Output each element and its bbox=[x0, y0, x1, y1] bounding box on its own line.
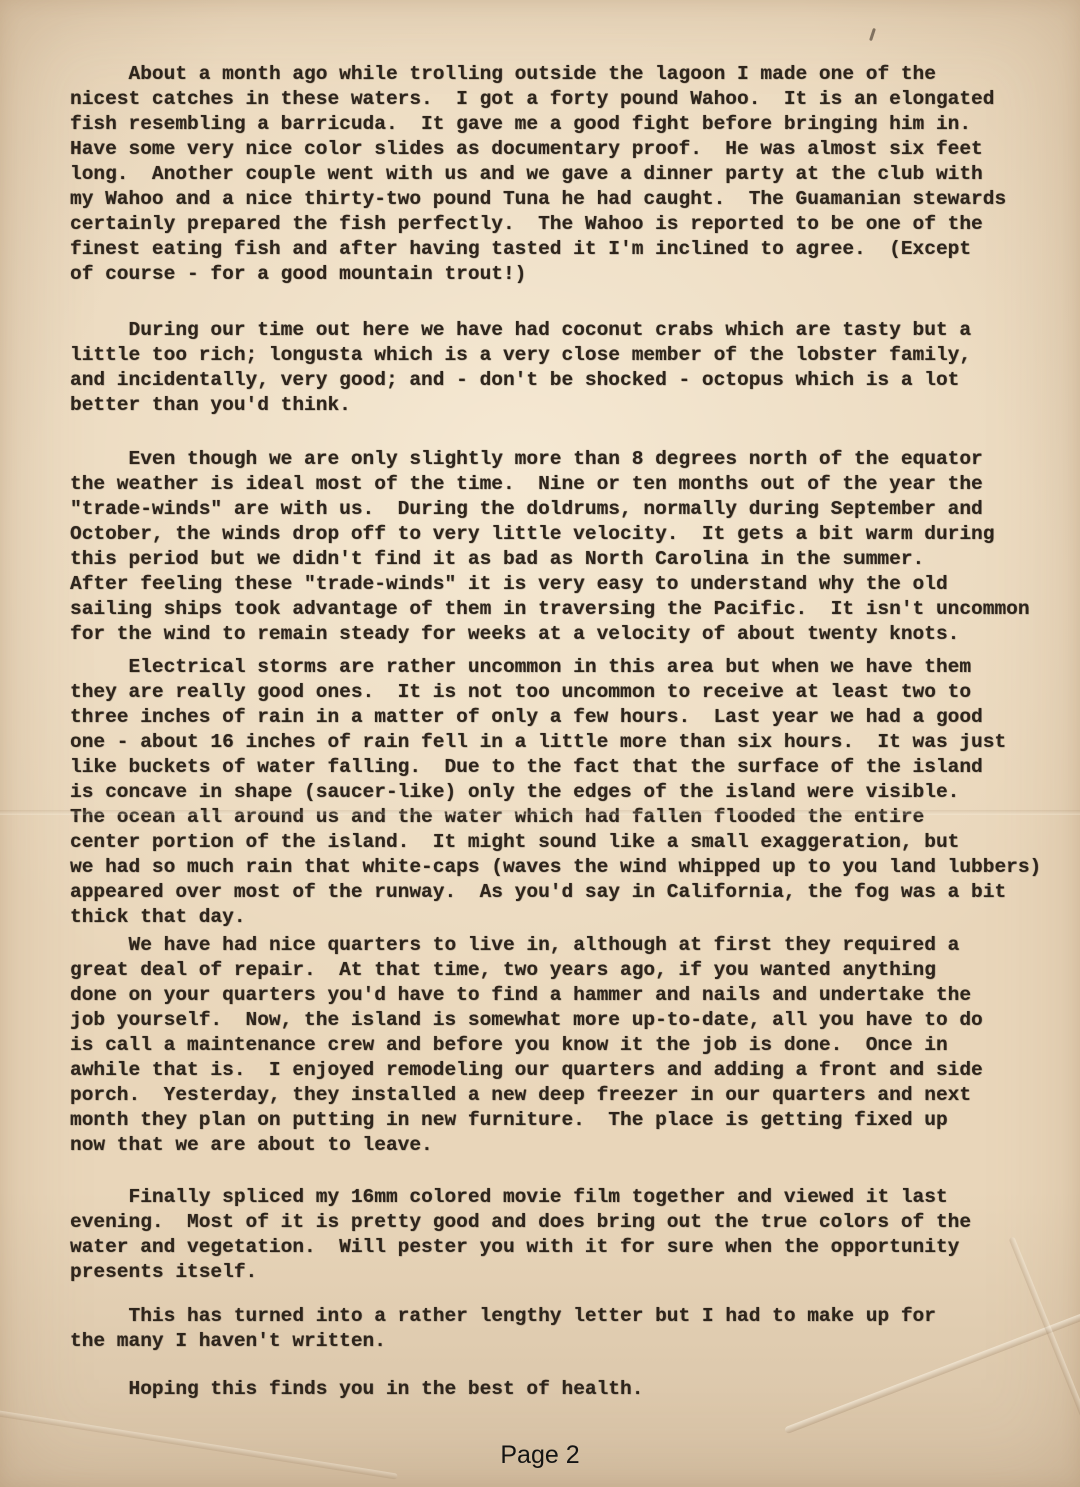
paragraph-quarters: We have had nice quarters to live in, al… bbox=[70, 933, 1065, 1158]
letter-page: About a month ago while trolling outside… bbox=[0, 0, 1080, 1487]
stray-ink-mark bbox=[869, 28, 876, 41]
page-number: Page 2 bbox=[0, 1441, 1080, 1470]
paragraph-movie-film: Finally spliced my 16mm colored movie fi… bbox=[70, 1185, 1065, 1285]
paragraph-closing: Hoping this finds you in the best of hea… bbox=[70, 1377, 1065, 1402]
paragraph-electrical-storms: Electrical storms are rather uncommon in… bbox=[70, 655, 1065, 930]
letter-body: About a month ago while trolling outside… bbox=[70, 62, 1065, 1402]
paragraph-local-seafood: During our time out here we have had coc… bbox=[70, 318, 1065, 418]
paragraph-wahoo-catch: About a month ago while trolling outside… bbox=[70, 62, 1065, 287]
paragraph-trade-winds: Even though we are only slightly more th… bbox=[70, 447, 1065, 647]
paragraph-lengthy-letter: This has turned into a rather lengthy le… bbox=[70, 1304, 1065, 1354]
